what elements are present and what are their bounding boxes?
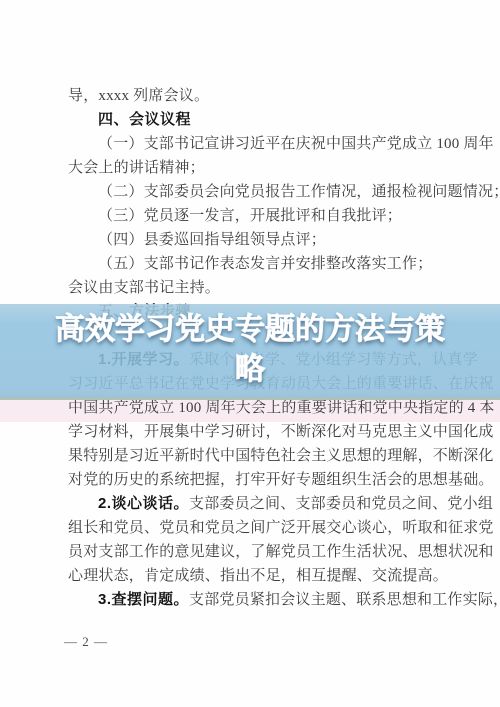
document-page: 导，xxxx 列席会议。 四、会议议程 （一）支部书记宣讲习近平在庆祝中国共产党…	[0, 0, 500, 707]
text-line: 3.查摆问题。支部党员紧扣会议主题、联系思想和工作实际，	[68, 588, 460, 612]
text-line: 大会上的讲话精神；	[68, 156, 460, 180]
line-text: 大会上的讲话精神；	[68, 160, 205, 176]
line-text: 导，xxxx 列席会议。	[68, 88, 209, 104]
line-text: 组长和党员、党员和党员之间广泛开展交心谈心，听取和征求党	[68, 520, 494, 536]
line-lead: 四、会议议程	[98, 111, 191, 128]
line-text: 员对支部工作的意见建议，了解党员工作生活状况、思想状况和	[68, 544, 494, 560]
line-text: 会议由支部书记主持。	[68, 280, 220, 296]
text-line: 员对支部工作的意见建议，了解党员工作生活状况、思想状况和	[68, 540, 460, 564]
line-text: 对党的历史的系统把握，打牢开好专题组织生活会的思想基础。	[68, 472, 494, 488]
line-text: （二）支部委员会向党员报告工作情况，通报检视问题情况；	[98, 184, 500, 200]
text-line: （二）支部委员会向党员报告工作情况，通报检视问题情况；	[68, 180, 460, 204]
line-text: 果特别是习近平新时代中国特色社会主义思想的理解，不断深化	[68, 448, 494, 464]
text-line: 四、会议议程	[68, 108, 460, 132]
text-line: 心理状态，肯定成绩、指出不足，相互提醒、交流提高。	[68, 564, 460, 588]
line-lead: 2.谈心谈话。	[98, 495, 189, 512]
line-text: （一）支部书记宣讲习近平在庆祝中国共产党成立 100 周年	[98, 136, 494, 152]
text-line: 导，xxxx 列席会议。	[68, 84, 460, 108]
text-line: 组长和党员、党员和党员之间广泛开展交心谈心，听取和征求党	[68, 516, 460, 540]
page-number: — 2 —	[64, 634, 108, 650]
line-text: 支部党员紧扣会议主题、联系思想和工作实际，	[189, 592, 500, 608]
line-lead: 3.查摆问题。	[98, 591, 189, 608]
text-line: 果特别是习近平新时代中国特色社会主义思想的理解，不断深化	[68, 444, 460, 468]
text-line: （三）党员逐一发言，开展批评和自我批评；	[68, 204, 460, 228]
line-text: 学习材料，开展集中学习研讨，不断深化对马克思主义中国化成	[68, 424, 494, 440]
text-line: 会议由支部书记主持。	[68, 276, 460, 300]
overlay-title: 高效学习党史专题的方法与策略	[0, 310, 500, 390]
text-line: （四）县委巡回指导组领导点评；	[68, 228, 460, 252]
text-line: 学习材料，开展集中学习研讨，不断深化对马克思主义中国化成	[68, 420, 460, 444]
line-text: （四）县委巡回指导组领导点评；	[98, 232, 326, 248]
line-text: （三）党员逐一发言，开展批评和自我批评；	[98, 208, 402, 224]
line-text: 中国共产党成立 100 周年大会上的重要讲话和党中央指定的 4 本	[68, 400, 495, 416]
text-line: （一）支部书记宣讲习近平在庆祝中国共产党成立 100 周年	[68, 132, 460, 156]
line-text: （五）支部书记作表态发言并安排整改落实工作；	[98, 256, 432, 272]
line-text: 心理状态，肯定成绩、指出不足，相互提醒、交流提高。	[68, 568, 448, 584]
text-line: 2.谈心谈话。支部委员之间、支部委员和党员之间、党小组	[68, 492, 460, 516]
text-line: 对党的历史的系统把握，打牢开好专题组织生活会的思想基础。	[68, 468, 460, 492]
text-line: （五）支部书记作表态发言并安排整改落实工作；	[68, 252, 460, 276]
line-text: 支部委员之间、支部委员和党员之间、党小组	[189, 496, 493, 512]
